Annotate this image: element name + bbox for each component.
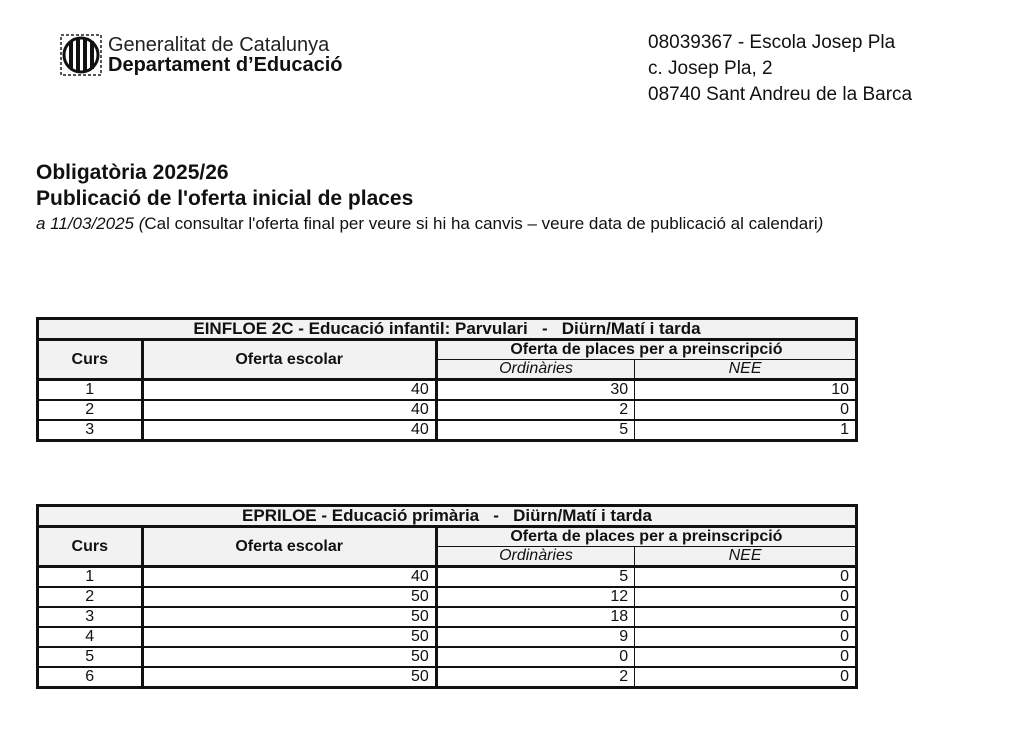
cell-curs: 2: [38, 400, 143, 420]
cell-curs: 3: [38, 420, 143, 441]
cell-ordinaries: 30: [436, 380, 634, 401]
publication-note: a 11/03/2025 (Cal consultar l'oferta fin…: [36, 213, 823, 235]
cell-oferta: 50: [142, 647, 436, 667]
table-row: 2 50 12 0: [38, 587, 857, 607]
table-row: 3 40 5 1: [38, 420, 857, 441]
cell-nee: 0: [635, 667, 857, 688]
cell-ordinaries: 9: [436, 627, 634, 647]
document-heading: Obligatòria 2025/26 Publicació de l'ofer…: [36, 160, 823, 235]
table-body: 1 40 5 0 2 50 12 0 3 50 18 0 4 50 9 0 5 …: [38, 567, 857, 688]
cell-oferta: 50: [142, 607, 436, 627]
offer-table-primaria: EPRILOE - Educació primària - Diürn/Matí…: [36, 504, 858, 689]
cell-curs: 5: [38, 647, 143, 667]
cell-ordinaries: 5: [436, 420, 634, 441]
school-address: c. Josep Pla, 2: [648, 56, 912, 82]
note-text: Cal consultar l'oferta final per veure s…: [144, 214, 817, 233]
note-suffix: ): [818, 214, 824, 233]
table-row: 5 50 0 0: [38, 647, 857, 667]
page-subtitle: Publicació de l'oferta inicial de places: [36, 186, 823, 212]
school-code-name: 08039367 - Escola Josep Pla: [648, 30, 912, 56]
cell-curs: 6: [38, 667, 143, 688]
col-header-oferta: Oferta escolar: [142, 340, 436, 380]
cell-oferta: 50: [142, 667, 436, 688]
col-header-group: Oferta de places per a preinscripció: [436, 527, 856, 547]
col-header-nee: NEE: [635, 547, 857, 567]
table-row: 2 40 2 0: [38, 400, 857, 420]
generalitat-shield-icon: [60, 34, 102, 76]
col-header-ordinaries: Ordinàries: [436, 360, 634, 380]
cell-nee: 0: [635, 567, 857, 588]
cell-oferta: 50: [142, 627, 436, 647]
col-header-curs: Curs: [38, 527, 143, 567]
cell-nee: 0: [635, 400, 857, 420]
cell-oferta: 40: [142, 420, 436, 441]
school-info: 08039367 - Escola Josep Pla c. Josep Pla…: [648, 30, 912, 108]
cell-nee: 0: [635, 607, 857, 627]
col-header-ordinaries: Ordinàries: [436, 547, 634, 567]
col-header-nee: NEE: [635, 360, 857, 380]
cell-oferta: 40: [142, 400, 436, 420]
cell-nee: 1: [635, 420, 857, 441]
cell-nee: 0: [635, 647, 857, 667]
cell-curs: 2: [38, 587, 143, 607]
table-title: EPRILOE - Educació primària - Diürn/Matí…: [38, 506, 857, 527]
col-header-oferta: Oferta escolar: [142, 527, 436, 567]
cell-ordinaries: 2: [436, 400, 634, 420]
offer-table-infantil: EINFLOE 2C - Educació infantil: Parvular…: [36, 317, 858, 442]
cell-nee: 0: [635, 627, 857, 647]
cell-curs: 1: [38, 380, 143, 401]
org-name: Generalitat de Catalunya: [108, 35, 343, 55]
table-row: 1 40 5 0: [38, 567, 857, 588]
table-row: 1 40 30 10: [38, 380, 857, 401]
cell-nee: 10: [635, 380, 857, 401]
table-body: 1 40 30 10 2 40 2 0 3 40 5 1: [38, 380, 857, 441]
table-title: EINFLOE 2C - Educació infantil: Parvular…: [38, 319, 857, 340]
table-row: 6 50 2 0: [38, 667, 857, 688]
cell-oferta: 50: [142, 587, 436, 607]
page-title: Obligatòria 2025/26: [36, 160, 823, 186]
cell-oferta: 40: [142, 380, 436, 401]
header-logo: Generalitat de Catalunya Departament d’E…: [60, 34, 343, 76]
table-row: 4 50 9 0: [38, 627, 857, 647]
cell-oferta: 40: [142, 567, 436, 588]
cell-ordinaries: 12: [436, 587, 634, 607]
cell-ordinaries: 18: [436, 607, 634, 627]
cell-curs: 3: [38, 607, 143, 627]
department-name: Departament d’Educació: [108, 55, 343, 75]
cell-ordinaries: 0: [436, 647, 634, 667]
school-city: 08740 Sant Andreu de la Barca: [648, 82, 912, 108]
cell-nee: 0: [635, 587, 857, 607]
cell-curs: 4: [38, 627, 143, 647]
col-header-group: Oferta de places per a preinscripció: [436, 340, 856, 360]
table-row: 3 50 18 0: [38, 607, 857, 627]
cell-ordinaries: 2: [436, 667, 634, 688]
publication-date: a 11/03/2025 (: [36, 214, 144, 233]
col-header-curs: Curs: [38, 340, 143, 380]
cell-curs: 1: [38, 567, 143, 588]
cell-ordinaries: 5: [436, 567, 634, 588]
